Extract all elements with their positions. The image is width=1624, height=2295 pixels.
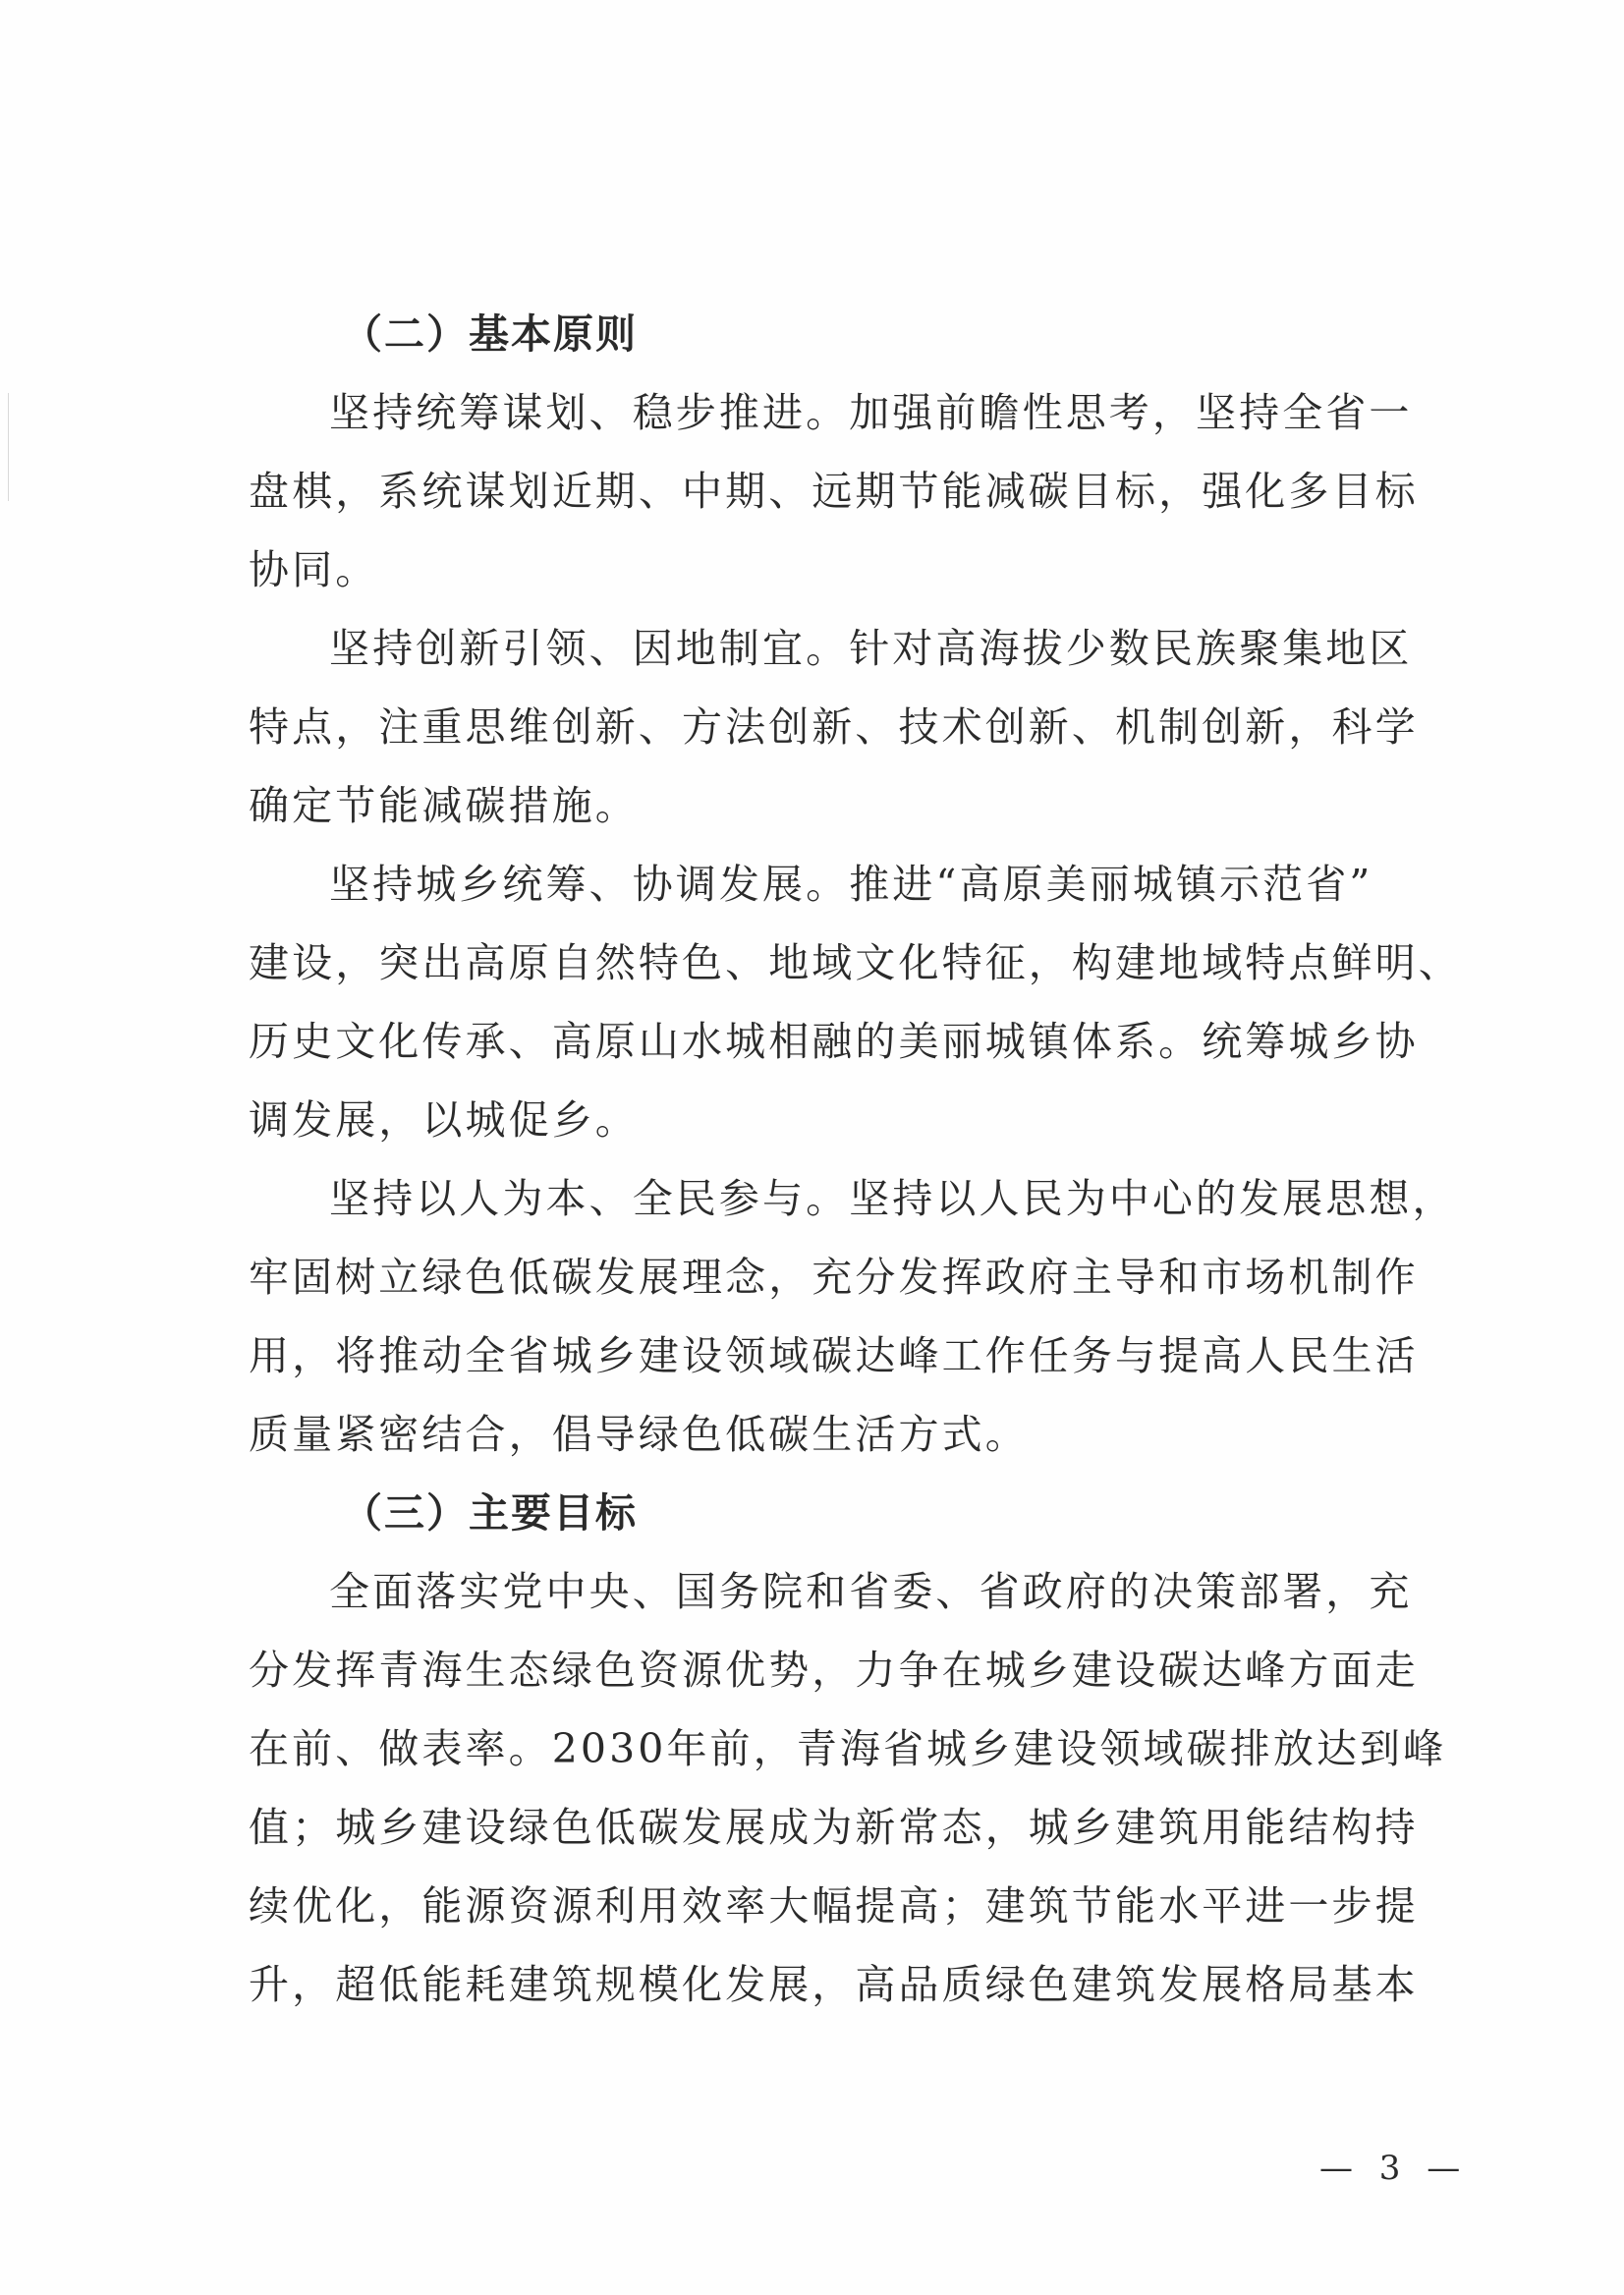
section-heading-basic-principles: （二）基本原则 <box>249 295 1472 373</box>
paragraph-line: 坚持以人为本、全民参与。坚持以人民为中心的发展思想， <box>249 1159 1472 1238</box>
paragraph-line: 全面落实党中央、国务院和省委、省政府的决策部署，充 <box>249 1552 1472 1631</box>
paragraph-line: 续优化，能源资源利用效率大幅提高；建筑节能水平进一步提 <box>249 1867 1472 1945</box>
paragraph-line: 确定节能减碳措施。 <box>249 766 1472 845</box>
paragraph-line: 坚持统筹谋划、稳步推进。加强前瞻性思考，坚持全省一 <box>249 373 1472 452</box>
paragraph-principle-4: 坚持以人为本、全民参与。坚持以人民为中心的发展思想， 牢固树立绿色低碳发展理念，… <box>249 1159 1472 1474</box>
paragraph-line: 坚持创新引领、因地制宜。针对高海拔少数民族聚集地区 <box>249 609 1472 688</box>
paragraph-line: 特点，注重思维创新、方法创新、技术创新、机制创新，科学 <box>249 688 1472 766</box>
paragraph-line: 历史文化传承、高原山水城相融的美丽城镇体系。统筹城乡协 <box>249 1002 1472 1081</box>
paragraph-line: 值；城乡建设绿色低碳发展成为新常态，城乡建筑用能结构持 <box>249 1788 1472 1867</box>
paragraph-line: 在前、做表率。2030年前，青海省城乡建设领域碳排放达到峰 <box>249 1709 1472 1788</box>
paragraph-line: 坚持城乡统筹、协调发展。推进“高原美丽城镇示范省” <box>249 845 1472 924</box>
paragraph-line: 升，超低能耗建筑规模化发展，高品质绿色建筑发展格局基本 <box>249 1945 1472 2024</box>
paragraph-line: 用，将推动全省城乡建设领域碳达峰工作任务与提高人民生活 <box>249 1316 1472 1395</box>
paragraph-line: 牢固树立绿色低碳发展理念，充分发挥政府主导和市场机制作 <box>249 1238 1472 1316</box>
paragraph-line: 建设，突出高原自然特色、地域文化特征，构建地域特点鲜明、 <box>249 924 1472 1002</box>
paragraph-line: 分发挥青海生态绿色资源优势，力争在城乡建设碳达峰方面走 <box>249 1631 1472 1709</box>
paragraph-line: 盘棋，系统谋划近期、中期、远期节能减碳目标，强化多目标 <box>249 452 1472 531</box>
paragraph-main-goals: 全面落实党中央、国务院和省委、省政府的决策部署，充 分发挥青海生态绿色资源优势，… <box>249 1552 1472 2024</box>
document-page: （二）基本原则 坚持统筹谋划、稳步推进。加强前瞻性思考，坚持全省一 盘棋，系统谋… <box>0 0 1624 2295</box>
document-body: （二）基本原则 坚持统筹谋划、稳步推进。加强前瞻性思考，坚持全省一 盘棋，系统谋… <box>249 295 1472 2024</box>
paragraph-line: 质量紧密结合，倡导绿色低碳生活方式。 <box>249 1395 1472 1474</box>
paragraph-line: 协同。 <box>249 531 1472 609</box>
paragraph-principle-1: 坚持统筹谋划、稳步推进。加强前瞻性思考，坚持全省一 盘棋，系统谋划近期、中期、远… <box>249 373 1472 609</box>
scan-edge-mark <box>8 393 9 501</box>
paragraph-line: 调发展，以城促乡。 <box>249 1081 1472 1159</box>
page-number: — 3 — <box>1319 2149 1468 2188</box>
paragraph-principle-3: 坚持城乡统筹、协调发展。推进“高原美丽城镇示范省” 建设，突出高原自然特色、地域… <box>249 845 1472 1159</box>
paragraph-principle-2: 坚持创新引领、因地制宜。针对高海拔少数民族聚集地区 特点，注重思维创新、方法创新… <box>249 609 1472 845</box>
section-heading-main-goals: （三）主要目标 <box>249 1474 1472 1552</box>
